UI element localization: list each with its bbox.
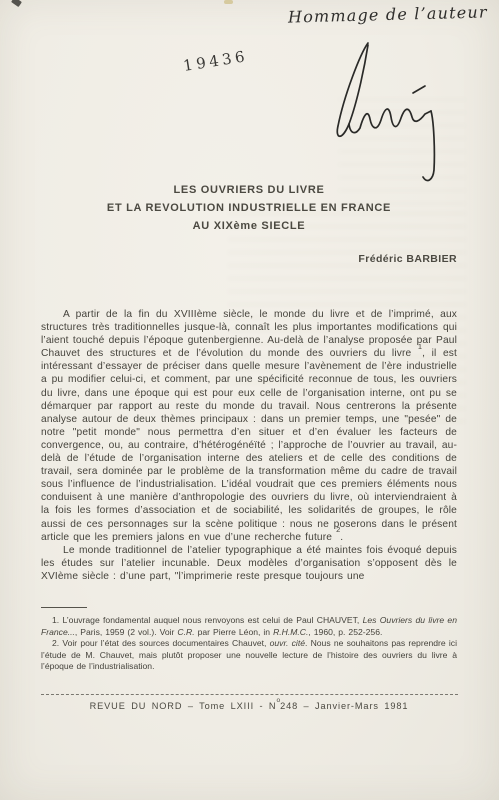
footnote-italic-run: C.R. [177, 627, 194, 637]
body-text-run: A partir de la fin du XVIIIème siècle, l… [41, 309, 457, 359]
handwritten-dedication: Hommage de l’auteur [288, 2, 488, 26]
body-text-run: , il est intéressant d’essayer de précis… [41, 348, 457, 542]
footnote-italic-run: ouvr. cité [270, 638, 305, 648]
footnote-text-run: , Paris, 1959 (2 vol.). Voir [75, 627, 177, 637]
author-signature [330, 40, 442, 192]
paragraph-1: A partir de la fin du XVIIIème siècle, l… [41, 308, 457, 544]
body-text-run: . [340, 532, 343, 543]
author-name: Frédéric BARBIER [41, 253, 457, 265]
title-line-2: ET LA REVOLUTION INDUSTRIELLE EN FRANCE [41, 199, 457, 217]
footnote-ref-2: 2 [336, 525, 340, 534]
scan-spot [224, 0, 233, 4]
title-line-3: AU XIXème SIECLE [41, 217, 457, 235]
title-line-1: LES OUVRIERS DU LIVRE [41, 181, 457, 199]
journal-footer: REVUE DU NORD – Tome LXIII - No248 – Jan… [41, 700, 457, 711]
journal-footer-text: 248 – Janvier-Mars 1981 [280, 701, 408, 711]
footnote-text-run: 1. L’ouvrage fondamental auquel nous ren… [52, 615, 363, 625]
footnote-1: 1. L’ouvrage fondamental auquel nous ren… [41, 615, 457, 638]
footnote-text-run: , 1960, p. 252-256. [308, 627, 382, 637]
paragraph-2: Le monde traditionnel de l’atelier typog… [41, 544, 457, 583]
journal-footer-sup: o [276, 697, 280, 704]
scanned-page: Hommage de l’auteur 19436 LES OUVRIERS D… [0, 0, 499, 800]
footnote-2: 2. Voir pour l’état des sources document… [41, 638, 457, 673]
article-body: A partir de la fin du XVIIIème siècle, l… [41, 308, 457, 583]
handwritten-accession-number: 19436 [182, 47, 249, 75]
article-title: LES OUVRIERS DU LIVRE ET LA REVOLUTION I… [41, 181, 457, 235]
footnote-ref-1: 1 [418, 342, 422, 351]
journal-footer-text: REVUE DU NORD – Tome LXIII - N [90, 701, 277, 711]
footnote-italic-run: R.H.M.C. [273, 627, 308, 637]
scan-smudge [11, 0, 22, 7]
bottom-separator [41, 694, 458, 695]
footnote-text-run: par Pierre Léon, in [195, 627, 273, 637]
footnote-separator [41, 607, 87, 608]
footnotes: 1. L’ouvrage fondamental auquel nous ren… [41, 607, 457, 673]
footnote-text-run: 2. Voir pour l’état des sources document… [52, 638, 270, 648]
